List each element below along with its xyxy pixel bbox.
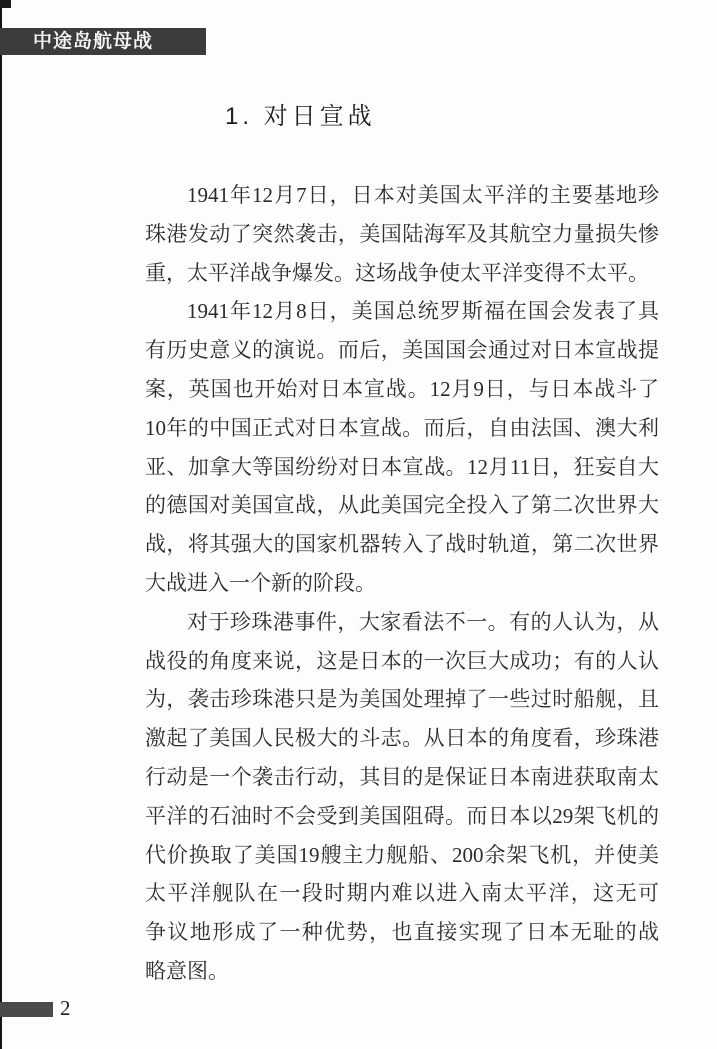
text-line: 大战进入一个新的阶段。	[145, 564, 659, 603]
scan-edge-line	[0, 0, 2, 1049]
paragraph: 1941年12月8日，美国总统罗斯福在国会发表了具有历史意义的演说。而后，美国国…	[145, 292, 659, 602]
page-number-bar	[0, 1002, 53, 1017]
paragraph: 对于珍珠港事件，大家看法不一。有的人认为，从战役的角度来说，这是日本的一次巨大成…	[145, 603, 659, 991]
book-title: 中途岛航母战	[33, 31, 153, 52]
text-line: 亚、加拿大等国纷纷对日本宣战。12月11日，狂妄自大	[145, 448, 659, 487]
text-line: 珠港发动了突然袭击，美国陆海军及其航空力量损失惨	[145, 215, 659, 254]
text-line: 1941年12月8日，美国总统罗斯福在国会发表了具	[145, 292, 659, 331]
scan-corner-artifact	[0, 0, 11, 8]
text-line: 争议地形成了一种优势，也直接实现了日本无耻的战	[145, 913, 659, 952]
text-line: 行动是一个袭击行动，其目的是保证日本南进获取南太	[145, 758, 659, 797]
text-line: 为，袭击珍珠港只是为美国处理掉了一些过时船舰，且	[145, 680, 659, 719]
text-line: 10年的中国正式对日本宣战。而后，自由法国、澳大利	[145, 409, 659, 448]
text-line: 案，英国也开始对日本宣战。12月9日，与日本战斗了	[145, 370, 659, 409]
text-line: 的德国对美国宣战，从此美国完全投入了第二次世界大	[145, 486, 659, 525]
text-line: 战，将其强大的国家机器转入了战时轨道，第二次世界	[145, 525, 659, 564]
text-line: 1941年12月7日，日本对美国太平洋的主要基地珍	[145, 176, 659, 215]
page-number: 2	[60, 996, 71, 1021]
scanned-book-page: 中途岛航母战 1. 对日宣战 1941年12月7日，日本对美国太平洋的主要基地珍…	[0, 0, 717, 1049]
text-line: 战役的角度来说，这是日本的一次巨大成功；有的人认	[145, 642, 659, 681]
text-line: 对于珍珠港事件，大家看法不一。有的人认为，从	[145, 603, 659, 642]
text-line: 太平洋舰队在一段时期内难以进入南太平洋，这无可	[145, 874, 659, 913]
text-line: 代价换取了美国19艘主力舰船、200余架飞机，并使美	[145, 836, 659, 875]
running-head-bar: 中途岛航母战	[0, 28, 206, 55]
text-line: 平洋的石油时不会受到美国阻碍。而日本以29架飞机的	[145, 797, 659, 836]
body-text: 1941年12月7日，日本对美国太平洋的主要基地珍珠港发动了突然袭击，美国陆海军…	[145, 176, 659, 991]
chapter-title: 1. 对日宣战	[225, 100, 376, 134]
text-line: 激起了美国人民极大的斗志。从日本的角度看，珍珠港	[145, 719, 659, 758]
paragraph: 1941年12月7日，日本对美国太平洋的主要基地珍珠港发动了突然袭击，美国陆海军…	[145, 176, 659, 292]
text-line: 略意图。	[145, 952, 659, 991]
text-line: 有历史意义的演说。而后，美国国会通过对日本宣战提	[145, 331, 659, 370]
text-line: 重，太平洋战争爆发。这场战争使太平洋变得不太平。	[145, 254, 659, 293]
